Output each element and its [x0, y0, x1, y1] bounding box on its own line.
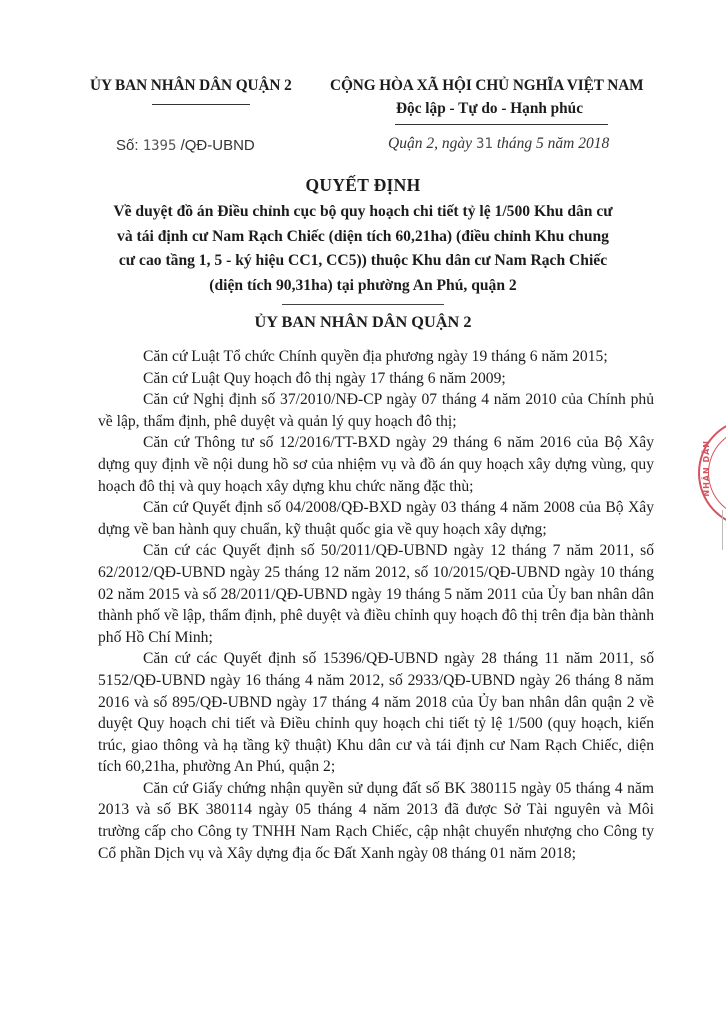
issuer-underline: [152, 104, 250, 105]
document-number: Số: 1395 /QĐ-UBND: [116, 137, 255, 154]
doc-number-handwritten: 1395: [143, 138, 177, 154]
date-prefix: Quận 2, ngày: [388, 135, 472, 152]
enacting-authority: ỦY BAN NHÂN DÂN QUẬN 2: [0, 312, 726, 332]
date-suffix: tháng 5 năm 2018: [497, 135, 609, 152]
legal-basis-paragraph: Căn cứ các Quyết định số 50/2011/QĐ-UBND…: [98, 540, 654, 648]
legal-basis-paragraph: Căn cứ Giấy chứng nhận quyền sử dụng đất…: [98, 778, 654, 864]
document-page: ỦY BAN NHÂN DÂN QUẬN 2 CỘNG HÒA XÃ HỘI C…: [0, 0, 726, 1024]
subject-divider: [282, 304, 444, 305]
motto-underline: [395, 124, 608, 125]
document-subject: Về duyệt đồ án Điều chỉnh cục bộ quy hoạ…: [108, 200, 618, 298]
legal-basis-paragraph: Căn cứ Quyết định số 04/2008/QĐ-BXD ngày…: [98, 497, 654, 540]
legal-basis-paragraph: Căn cứ Luật Tổ chức Chính quyền địa phươ…: [98, 346, 654, 368]
legal-basis-paragraph: Căn cứ Thông tư số 12/2016/TT-BXD ngày 2…: [98, 432, 654, 497]
national-motto: Độc lập - Tự do - Hạnh phúc: [396, 100, 583, 118]
seal-text: NHÂN DÂN: [702, 440, 722, 497]
document-title: QUYẾT ĐỊNH: [0, 175, 726, 196]
legal-basis-paragraph: Căn cứ Nghị định số 37/2010/NĐ-CP ngày 0…: [98, 389, 654, 432]
document-body: Căn cứ Luật Tổ chức Chính quyền địa phươ…: [98, 346, 654, 864]
date-day-handwritten: 31: [472, 136, 497, 152]
doc-number-prefix: Số:: [116, 137, 143, 154]
national-title: CỘNG HÒA XÃ HỘI CHỦ NGHĨA VIỆT NAM: [330, 77, 643, 95]
doc-number-suffix: /QĐ-UBND: [176, 137, 254, 154]
legal-basis-paragraph: Căn cứ các Quyết định số 15396/QĐ-UBND n…: [98, 648, 654, 778]
issuing-authority: ỦY BAN NHÂN DÂN QUẬN 2: [90, 77, 292, 95]
page-edge-mark: [722, 510, 723, 550]
legal-basis-paragraph: Căn cứ Luật Quy hoạch đô thị ngày 17 thá…: [98, 368, 654, 390]
issue-date: Quận 2, ngày31tháng 5 năm 2018: [388, 135, 609, 153]
